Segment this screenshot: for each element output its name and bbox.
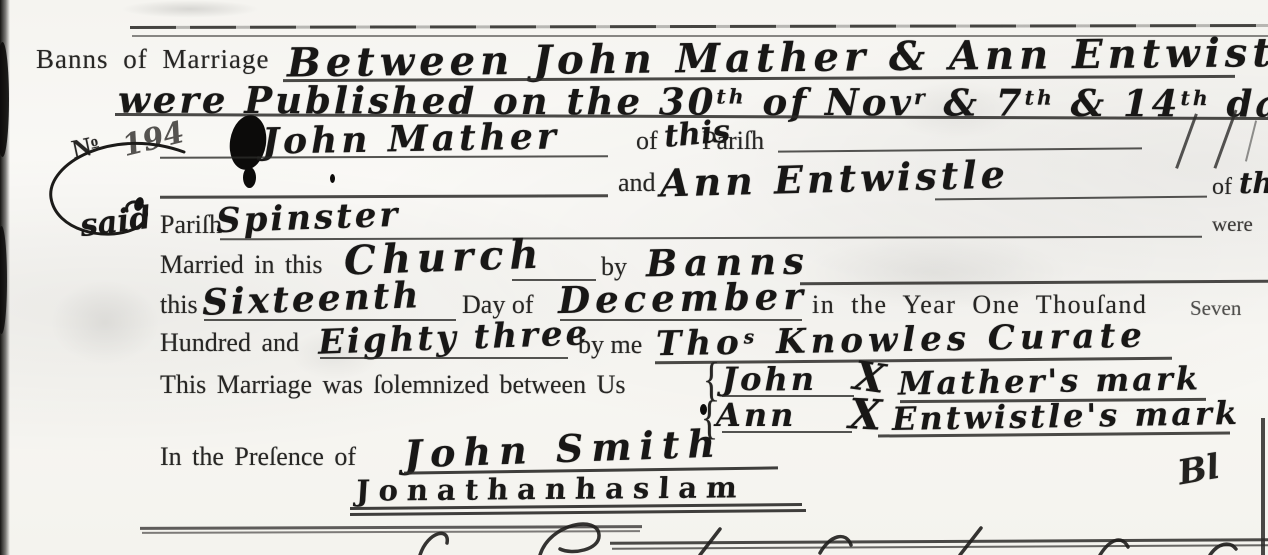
day-entry: Sixteenth xyxy=(201,274,422,324)
officiant-p1: Tho xyxy=(656,323,744,365)
bride-of-label: of xyxy=(1212,174,1232,201)
bride-sig-rule xyxy=(722,431,852,433)
by-me-label: by me xyxy=(578,330,642,360)
published-sup-th3: th xyxy=(1180,86,1210,110)
published-sup-r: r xyxy=(914,85,928,109)
published-p5: days of Dec xyxy=(1211,81,1268,126)
bride-signature: Ann xyxy=(716,396,796,434)
month-rule xyxy=(560,319,802,321)
groom-of-label: of xyxy=(636,126,658,156)
groom-parish-entry: this xyxy=(663,113,732,155)
groom-signature: John xyxy=(722,360,817,398)
top-rule-upper xyxy=(130,24,1268,29)
bride-parish-entry: the xyxy=(1239,166,1268,200)
year-rule xyxy=(320,357,568,359)
method-rule xyxy=(800,280,1268,285)
month-entry: December xyxy=(558,274,808,322)
ink-blot-drip xyxy=(243,167,256,188)
year-printed-end: Seven xyxy=(1190,296,1241,321)
condition-entry: Spinster xyxy=(215,195,401,241)
status-parish-label: Pariſh xyxy=(160,210,222,240)
year-entry: Eighty three xyxy=(317,313,590,362)
next-entry-handwriting-fragment xyxy=(400,515,1268,555)
hundred-label: Hundred and xyxy=(160,328,299,358)
stray-stroke-3 xyxy=(1245,120,1257,161)
published-sup-th2: th xyxy=(1025,86,1055,110)
presence-label: In the Preſence of xyxy=(160,442,356,472)
bride-and-label: and xyxy=(618,168,656,198)
officiant-sup-s: s xyxy=(743,326,759,348)
stray-dot xyxy=(330,174,335,183)
married-label: Married in this xyxy=(160,250,323,280)
banns-label: Banns of Marriage xyxy=(36,44,269,75)
year-printed-label: in the Year One Thouſand xyxy=(812,290,1147,320)
reviewer-mark: Bl xyxy=(1175,447,1223,494)
marriage-banns-register-scan: Banns of Marriage Between John Mather & … xyxy=(0,0,1268,555)
this-label: this xyxy=(160,290,198,320)
brace-dot xyxy=(700,404,707,415)
published-sup-th1: th xyxy=(716,84,746,108)
witness2-signature: Jonathanhaslam xyxy=(355,470,747,507)
were-label: were xyxy=(1212,212,1253,237)
bride-x-mark: X xyxy=(848,389,883,440)
officiant-p2: Knowles Curate xyxy=(759,316,1147,363)
solemnized-label: This Marriage was ſolemnized between Us xyxy=(160,370,625,400)
